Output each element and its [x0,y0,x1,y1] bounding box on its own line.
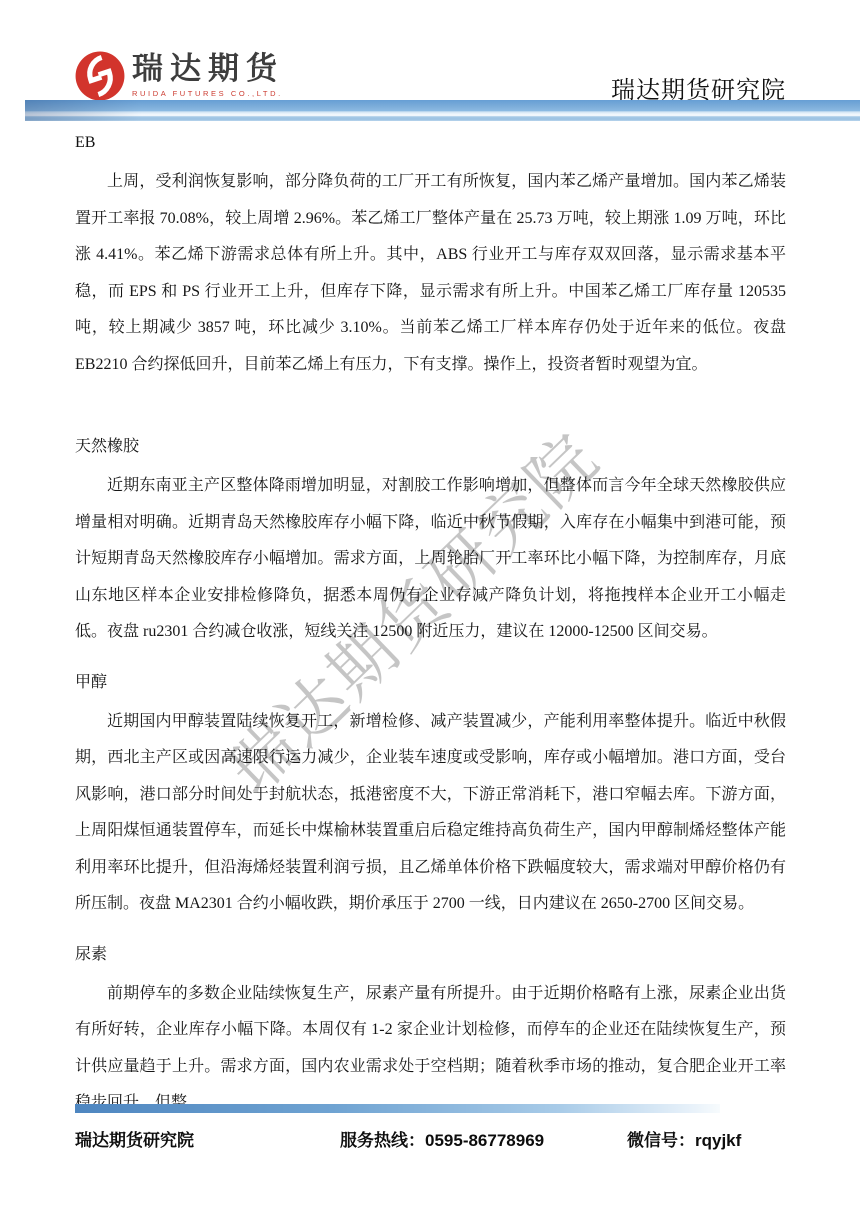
section-heading-urea: 尿素 [75,943,786,967]
ruida-logo-icon [74,50,126,102]
report-page: 瑞达期货 RUIDA FUTURES CO.,LTD. 瑞达期货研究院 瑞达期货… [0,0,860,1217]
footer-wechat: 微信号：rqyjkf [627,1126,741,1151]
section-paragraph: 近期国内甲醇装置陆续恢复开工，新增检修、减产装置减少，产能利用率整体提升。临近中… [75,704,786,923]
brand-subtitle: RUIDA FUTURES CO.,LTD. [132,89,284,98]
section-paragraph: 上周，受利润恢复影响，部分降负荷的工厂开工有所恢复，国内苯乙烯产量增加。国内苯乙… [75,164,786,383]
footer-hotline-number: 0595-86778969 [425,1131,544,1150]
footer-hotline-label: 服务热线： [340,1131,425,1150]
section-urea: 尿素 前期停车的多数企业陆续恢复生产，尿素产量有所提升。由于近期价格略有上涨，尿… [75,943,786,1122]
header-divider-bar [25,100,860,121]
brand-logo: 瑞达期货 RUIDA FUTURES CO.,LTD. [74,50,284,102]
section-eb: EB 上周，受利润恢复影响，部分降负荷的工厂开工有所恢复，国内苯乙烯产量增加。国… [75,131,786,383]
footer: 瑞达期货研究院 服务热线：0595-86778969 微信号：rqyjkf [0,1126,860,1150]
section-methanol: 甲醇 近期国内甲醇装置陆续恢复开工，新增检修、减产装置减少，产能利用率整体提升。… [75,671,786,923]
section-paragraph: 前期停车的多数企业陆续恢复生产，尿素产量有所提升。由于近期价格略有上涨，尿素企业… [75,976,786,1122]
brand-name: 瑞达期货 [132,52,284,86]
report-body: EB 上周，受利润恢复影响，部分降负荷的工厂开工有所恢复，国内苯乙烯产量增加。国… [75,131,786,1142]
brand-text-block: 瑞达期货 RUIDA FUTURES CO.,LTD. [132,50,284,98]
footer-divider-bar [75,1104,720,1113]
footer-hotline: 服务热线：0595-86778969 [340,1126,544,1151]
footer-wechat-id: rqyjkf [695,1131,741,1150]
footer-wechat-label: 微信号： [627,1131,695,1150]
footer-institute: 瑞达期货研究院 [75,1126,194,1151]
section-heading-methanol: 甲醇 [75,671,786,695]
section-paragraph: 近期东南亚主产区整体降雨增加明显，对割胶工作影响增加，但整体而言今年全球天然橡胶… [75,468,786,651]
section-natural-rubber: 天然橡胶 近期东南亚主产区整体降雨增加明显，对割胶工作影响增加，但整体而言今年全… [75,435,786,651]
header: 瑞达期货 RUIDA FUTURES CO.,LTD. 瑞达期货研究院 [0,0,860,101]
section-heading-natural-rubber: 天然橡胶 [75,435,786,459]
section-heading-eb: EB [75,131,786,155]
